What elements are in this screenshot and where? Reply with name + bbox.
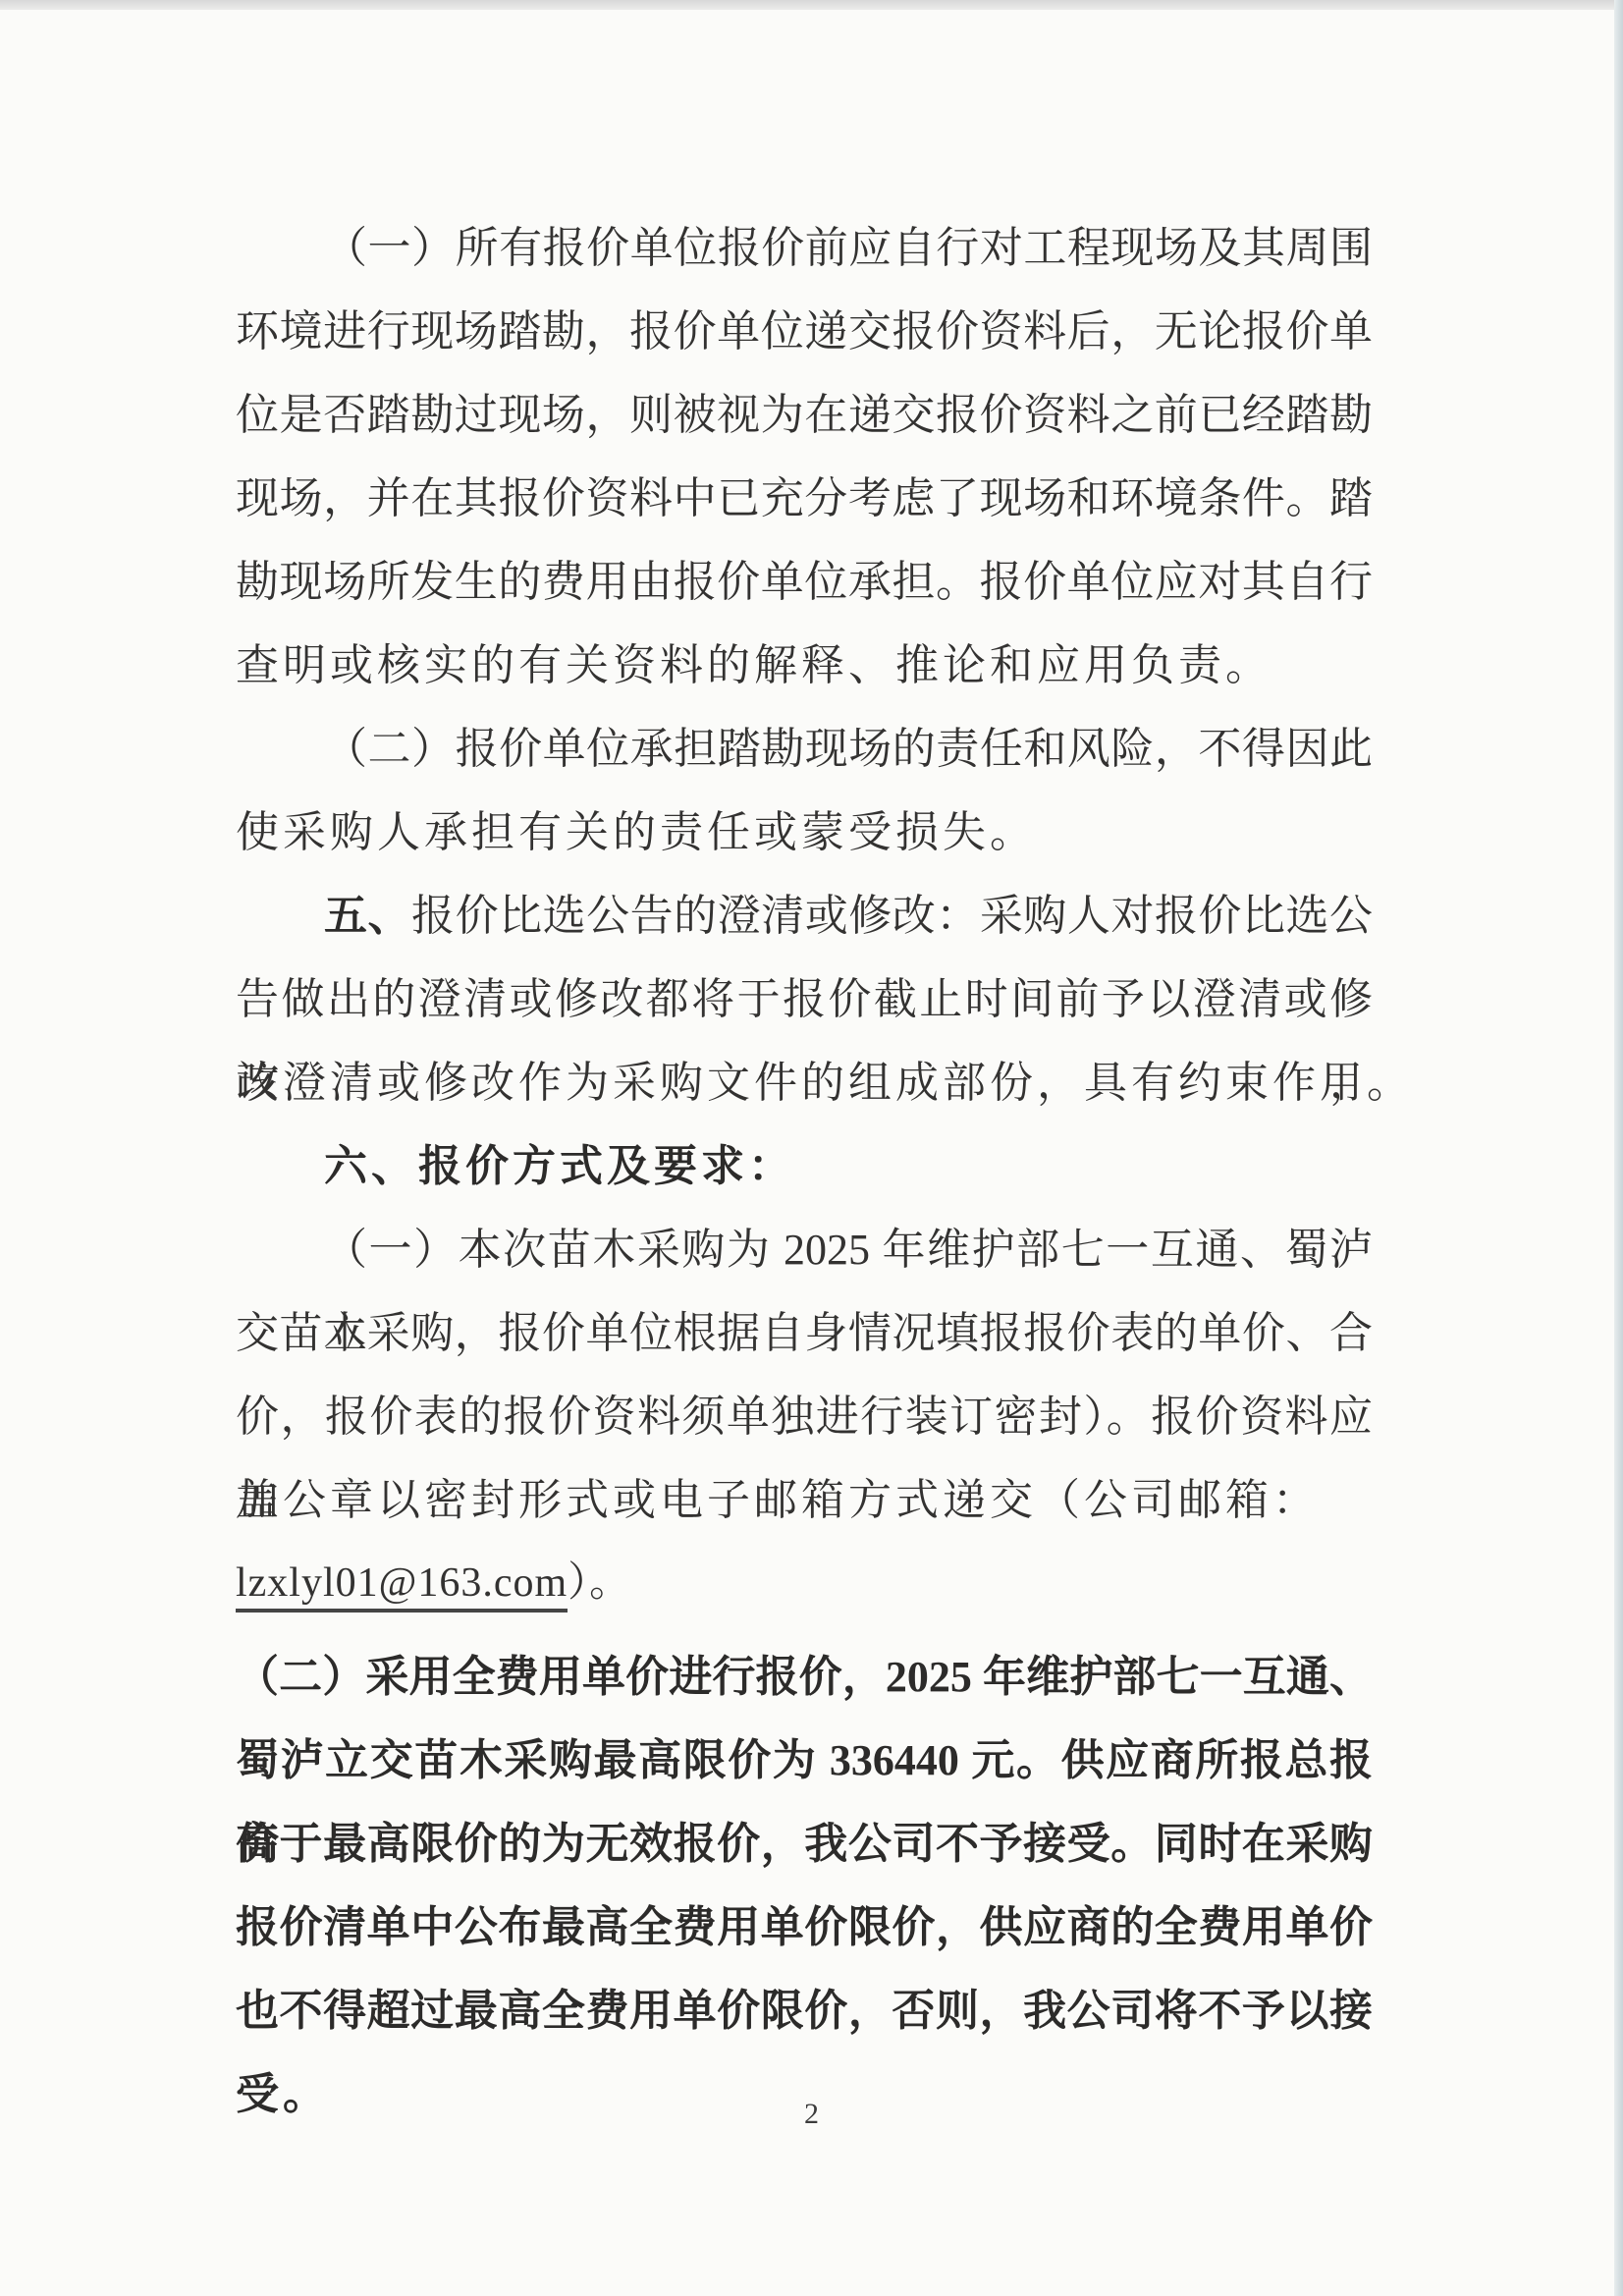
doc-line-text: （一）所有报价单位报价前应自行对工程现场及其周围 [324,224,1373,272]
email-line: lzxlyl01@163.com）。 [236,1542,1373,1625]
doc-line-text: 环境进行现场踏勘，报价单位递交报价资料后，无论报价单 [236,307,1373,355]
doc-line: 使采购人承担有关的责任或蒙受损失。 [236,791,1373,874]
page-number: 2 [0,2098,1623,2131]
clause-5-number: 五、 [324,892,411,940]
doc-line: （二）采用全费用单价进行报价，2025 年维护部七一互通、 [236,1635,1373,1719]
doc-line-text: （二）采用全费用单价进行报价，2025 年维护部七一互通、 [236,1653,1373,1701]
doc-line-text: 高于最高限价的为无效报价，我公司不予接受。同时在采购 [236,1820,1373,1868]
doc-line-text: （二）报价单位承担踏勘现场的责任和风险，不得因此 [324,725,1373,773]
email-address: lzxlyl01@163.com [236,1560,568,1613]
doc-line: 蜀泸立交苗木采购最高限价为 336440 元。供应商所报总报价 [236,1719,1373,1802]
doc-line: （二）报价单位承担踏勘现场的责任和风险，不得因此 [236,707,1373,791]
doc-line-text: 报价比选公告的澄清或修改：采购人对报价比选公 [411,892,1373,940]
doc-line-text: 该澄清或修改作为采购文件的组成部份，具有约束作用。 [236,1059,1414,1107]
doc-line-text: 盖公章以密封形式或电子邮箱方式递交（公司邮箱： [236,1476,1320,1524]
scan-edge-top [0,0,1623,10]
doc-line-text: 位是否踏勘过现场，则被视为在递交报价资料之前已经踏勘 [236,391,1373,439]
doc-line: 位是否踏勘过现场，则被视为在递交报价资料之前已经踏勘 [236,373,1373,457]
email-line-suffix: ）。 [568,1560,631,1606]
doc-line-text: 六、报价方式及要求： [324,1142,795,1190]
doc-line-text: 使采购人承担有关的责任或蒙受损失。 [236,808,1037,856]
doc-line-text: 查明或核实的有关资料的解释、推论和应用负责。 [236,641,1272,689]
doc-line-text: 勘现场所发生的费用由报价单位承担。报价单位应对其自行 [236,558,1373,606]
doc-line: 查明或核实的有关资料的解释、推论和应用负责。 [236,624,1373,707]
doc-line-text: 现场，并在其报价资料中已充分考虑了现场和环境条件。踏 [236,474,1373,522]
doc-line: 高于最高限价的为无效报价，我公司不予接受。同时在采购 [236,1802,1373,1886]
doc-line: 交苗木采购，报价单位根据自身情况填报报价表的单价、合 [236,1291,1373,1375]
doc-line-text: 交苗木采购，报价单位根据自身情况填报报价表的单价、合 [236,1309,1373,1357]
document-text-block: （一）所有报价单位报价前应自行对工程现场及其周围 环境进行现场踏勘，报价单位递交… [236,206,1373,2136]
scan-edge-right [1614,0,1623,2296]
clause-5-heading-line: 五、报价比选公告的澄清或修改：采购人对报价比选公 [236,874,1373,957]
clause-6-heading: 六、报价方式及要求： [236,1124,1373,1208]
doc-line: 报价清单中公布最高全费用单价限价，供应商的全费用单价 [236,1886,1373,1969]
doc-line-text: 也不得超过最高全费用单价限价，否则，我公司将不予以接 [236,1987,1373,2035]
document-page: （一）所有报价单位报价前应自行对工程现场及其周围 环境进行现场踏勘，报价单位递交… [0,0,1623,2296]
doc-line: 该澄清或修改作为采购文件的组成部份，具有约束作用。 [236,1041,1373,1124]
doc-line: （一）所有报价单位报价前应自行对工程现场及其周围 [236,206,1373,290]
doc-line: 勘现场所发生的费用由报价单位承担。报价单位应对其自行 [236,540,1373,624]
doc-line: 现场，并在其报价资料中已充分考虑了现场和环境条件。踏 [236,457,1373,540]
doc-line-text: 报价清单中公布最高全费用单价限价，供应商的全费用单价 [236,1903,1373,1951]
doc-line: 盖公章以密封形式或电子邮箱方式递交（公司邮箱： [236,1458,1373,1542]
doc-line: 价，报价表的报价资料须单独进行装订密封）。报价资料应加 [236,1375,1373,1458]
doc-line: 也不得超过最高全费用单价限价，否则，我公司将不予以接 [236,1969,1373,2052]
doc-line: 环境进行现场踏勘，报价单位递交报价资料后，无论报价单 [236,290,1373,373]
doc-line: 告做出的澄清或修改都将于报价截止时间前予以澄清或修改， [236,957,1373,1041]
doc-line: （一）本次苗木采购为 2025 年维护部七一互通、蜀泸立 [236,1208,1373,1291]
